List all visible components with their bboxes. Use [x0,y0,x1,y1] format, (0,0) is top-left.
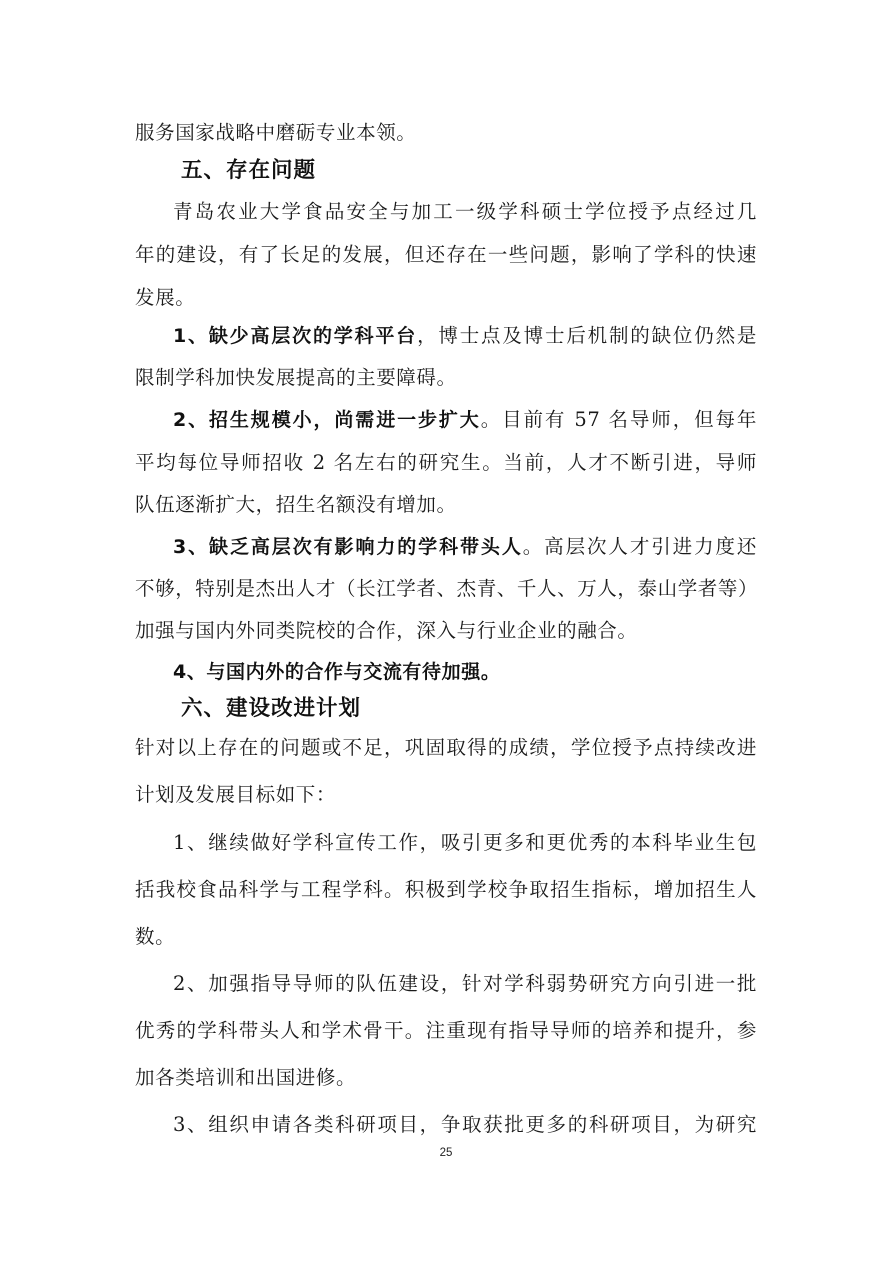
problem-item-1-text: ，博士点及博士后机制的缺位仍然是 [417,324,757,347]
paragraph-line: 计划及发展目标如下： [135,782,757,808]
paragraph-line: 数。 [135,924,757,950]
paragraph-line: 服务国家战略中磨砺专业本领。 [135,120,757,146]
problem-item-3: 3、缺乏高层次有影响力的学科带头人。高层次人才引进力度还 [173,534,757,560]
problem-item-1-title: 1、缺少高层次的学科平台 [173,325,417,347]
problem-item-4: 4、与国内外的合作与交流有待加强。 [173,659,757,685]
paragraph-line: 不够，特别是杰出人才（长江学者、杰青、千人、万人，泰山学者等） [135,576,757,602]
paragraph-line: 队伍逐渐扩大，招生名额没有增加。 [135,492,757,518]
document-page: 服务国家战略中磨砺专业本领。 五、存在问题 青岛农业大学食品安全与加工一级学科硕… [0,0,892,1261]
section-heading-problems: 五、存在问题 [181,157,316,185]
paragraph-line: 加强与国内外同类院校的合作，深入与行业企业的融合。 [135,618,757,644]
paragraph-line: 年的建设，有了长足的发展，但还存在一些问题，影响了学科的快速 [135,242,757,268]
problem-item-4-title: 4、与国内外的合作与交流有待加强。 [173,661,500,683]
paragraph-line: 括我校食品科学与工程学科。积极到学校争取招生指标，增加招生人 [135,877,757,903]
section-heading-improvement-plan: 六、建设改进计划 [181,695,361,723]
paragraph-line: 针对以上存在的问题或不足，巩固取得的成绩，学位授予点持续改进 [135,735,757,761]
plan-item-1: 1、继续做好学科宣传工作，吸引更多和更优秀的本科毕业生包 [173,830,757,856]
paragraph-line: 优秀的学科带头人和学术骨干。注重现有指导导师的培养和提升，参 [135,1018,757,1044]
paragraph-line: 加各类培训和出国进修。 [135,1065,757,1091]
problem-item-2: 2、招生规模小，尚需进一步扩大。目前有 57 名导师，但每年 [173,407,757,433]
problem-item-3-text: 。高层次人才引进力度还 [523,535,757,558]
paragraph-line: 限制学科加快发展提高的主要障碍。 [135,365,757,391]
problem-item-1: 1、缺少高层次的学科平台，博士点及博士后机制的缺位仍然是 [173,323,757,349]
paragraph-line: 青岛农业大学食品安全与加工一级学科硕士学位授予点经过几 [173,199,757,225]
problem-item-3-title: 3、缺乏高层次有影响力的学科带头人 [173,536,523,558]
page-number: 25 [0,1147,892,1159]
plan-item-2: 2、加强指导导师的队伍建设，针对学科弱势研究方向引进一批 [173,971,757,997]
plan-item-3: 3、组织申请各类科研项目，争取获批更多的科研项目，为研究 [173,1112,757,1138]
paragraph-line: 平均每位导师招收 2 名左右的研究生。当前，人才不断引进，导师 [135,450,757,476]
problem-item-2-title: 2、招生规模小，尚需进一步扩大 [173,409,481,431]
paragraph-line: 发展。 [135,285,757,311]
problem-item-2-text: 。目前有 57 名导师，但每年 [481,408,757,431]
